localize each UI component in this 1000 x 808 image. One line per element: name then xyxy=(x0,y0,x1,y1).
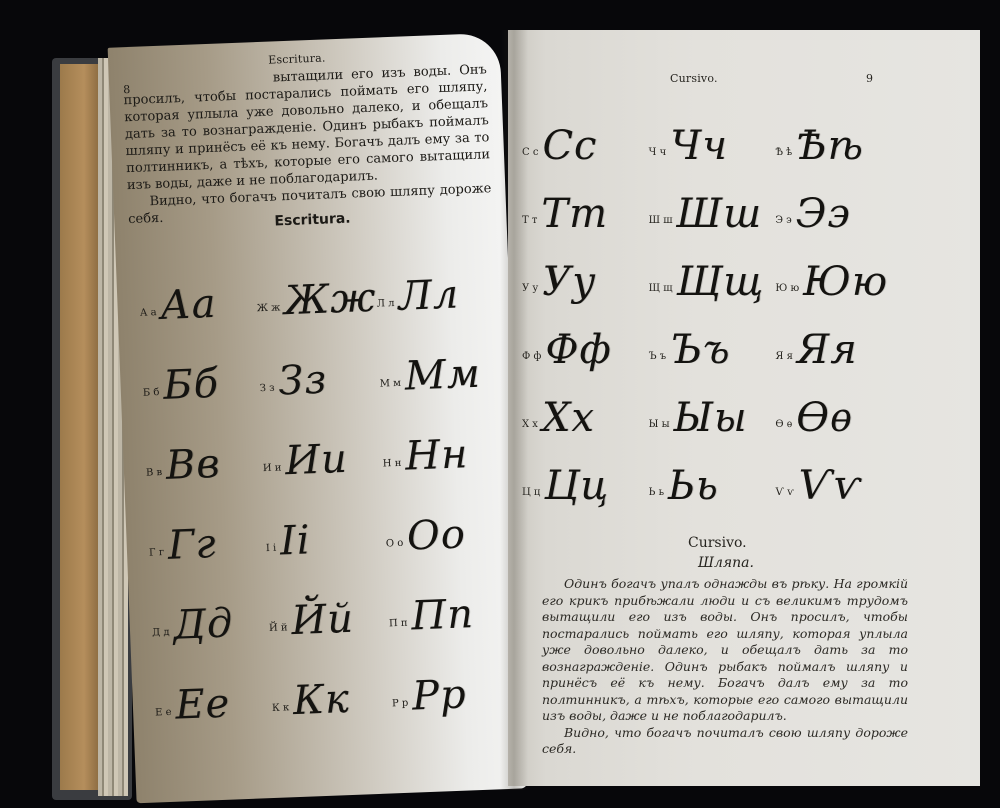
print-letter: О о xyxy=(386,538,404,550)
book-gutter xyxy=(500,30,528,790)
letter-pair: Ф фФф xyxy=(522,302,649,370)
letter-pair: О оОо xyxy=(383,473,503,557)
letter-pair: Ц цЦц xyxy=(522,438,649,506)
print-letter: Ж ж xyxy=(257,302,281,314)
letter-pair: Й йЙй xyxy=(266,557,389,642)
script-letter: Ъъ xyxy=(670,330,730,370)
letter-pair: Х хХх xyxy=(522,370,649,438)
script-letter: Лл xyxy=(398,275,460,317)
print-letter: Э э xyxy=(775,215,791,226)
script-letter: Тт xyxy=(541,194,608,234)
section-title-escritura: Escritura. xyxy=(274,211,351,230)
print-letter: В в xyxy=(146,467,163,479)
body-text-left: вытащили его изъ воды. Онъ просилъ, чтоб… xyxy=(123,61,493,228)
letter-pair: Ѣ ѣѢѣ xyxy=(775,98,902,166)
print-letter: Н н xyxy=(383,458,402,470)
left-page: Escritura. 8 вытащили его изъ воды. Онъ … xyxy=(108,33,529,803)
alphabet-grid-left: А аАа Ж жЖж Л лЛл Б бБб З зЗз М мМм В вВ… xyxy=(137,233,509,726)
print-letter: Ѵ ѵ xyxy=(775,487,794,498)
letter-pair: Щ щЩщ xyxy=(649,234,776,302)
script-letter: Оо xyxy=(406,514,466,556)
script-letter: Фф xyxy=(545,330,612,370)
print-letter: І і xyxy=(266,543,277,554)
letter-pair: Ж жЖж xyxy=(254,238,377,323)
script-letter: Мм xyxy=(404,354,482,397)
letter-pair: Д дДд xyxy=(150,562,270,646)
script-letter: Ее xyxy=(175,684,231,726)
letter-pair: Т тТт xyxy=(522,166,649,234)
script-letter: Ѣѣ xyxy=(796,126,864,166)
page-number-right: 9 xyxy=(866,72,873,85)
print-letter: Й й xyxy=(269,622,288,634)
letter-pair: Ю юЮю xyxy=(775,234,902,302)
letter-pair: З зЗз xyxy=(257,318,380,403)
running-head-right: Cursivo. xyxy=(670,72,718,85)
letter-pair: У уУу xyxy=(522,234,649,302)
print-letter: А а xyxy=(140,307,157,319)
letter-pair: Э эЭэ xyxy=(775,166,902,234)
print-letter: Г г xyxy=(149,547,164,559)
letter-pair: І іІі xyxy=(263,478,386,563)
script-letter: Сс xyxy=(542,126,597,166)
endpaper xyxy=(60,64,100,790)
letter-pair: Ѳ ѳѲѳ xyxy=(775,370,902,438)
script-letter: Іі xyxy=(279,520,311,561)
print-letter: Л л xyxy=(376,298,394,310)
running-head-left: Escritura. xyxy=(268,51,326,66)
print-letter: Ь ь xyxy=(649,487,664,498)
letter-pair: Ы ыЫы xyxy=(649,370,776,438)
letter-pair: И иИи xyxy=(260,398,383,483)
script-letter: Юю xyxy=(803,262,888,302)
print-letter: Я я xyxy=(775,351,793,362)
letter-pair: Л лЛл xyxy=(374,233,494,317)
print-letter: Ѣ ѣ xyxy=(775,147,792,158)
letter-pair: П пПп xyxy=(386,553,506,637)
script-letter: Чч xyxy=(670,126,728,166)
letter-pair: Я яЯя xyxy=(775,302,902,370)
print-letter: Ы ы xyxy=(649,419,670,430)
script-letter: Жж xyxy=(283,278,377,322)
letter-pair: Ь ьЬь xyxy=(649,438,776,506)
script-letter: Аа xyxy=(160,284,218,326)
script-letter: Вв xyxy=(165,444,221,486)
script-letter: Уу xyxy=(542,262,596,302)
print-letter: Е е xyxy=(155,707,172,719)
letter-pair: К кКк xyxy=(270,637,393,722)
paragraph: вытащили его изъ воды. Онъ просилъ, чтоб… xyxy=(123,61,491,194)
alphabet-grid-right: С сСс Ч чЧч Ѣ ѣѢѣ Т тТт Ш шШш Э эЭэ У уУ… xyxy=(522,98,902,518)
print-letter: Ш ш xyxy=(649,215,673,226)
story-text: Одинъ богачъ упалъ однажды въ рѣку. На г… xyxy=(542,576,908,758)
script-letter: Кк xyxy=(292,679,350,721)
script-letter: Гг xyxy=(167,524,217,566)
letter-pair: Р рРр xyxy=(389,633,509,717)
script-letter: Зз xyxy=(278,360,328,402)
letter-pair: Н нНн xyxy=(380,393,500,477)
script-letter: Ѵѵ xyxy=(798,466,862,506)
print-letter: Щ щ xyxy=(649,283,673,294)
script-letter: Ээ xyxy=(796,194,851,234)
print-letter: Ѳ ѳ xyxy=(775,419,792,430)
script-letter: Бб xyxy=(162,364,219,406)
section-title-cursivo: Cursivo. xyxy=(688,535,747,551)
script-letter: Яя xyxy=(797,330,858,370)
print-letter: К к xyxy=(272,702,290,714)
letter-pair: М мМм xyxy=(377,313,497,397)
script-letter: Ьь xyxy=(668,466,719,506)
print-letter: П п xyxy=(389,618,408,630)
right-page: Cursivo. 9 С сСс Ч чЧч Ѣ ѣѢѣ Т тТт Ш шШш… xyxy=(508,30,980,786)
print-letter: З з xyxy=(260,383,275,395)
print-letter: Ъ ъ xyxy=(649,351,667,362)
letter-pair: Ч чЧч xyxy=(649,98,776,166)
print-letter: М м xyxy=(380,378,402,390)
letter-pair: Ш шШш xyxy=(649,166,776,234)
script-letter: Хх xyxy=(542,398,595,438)
letter-pair: В вВв xyxy=(143,402,263,486)
script-letter: Шш xyxy=(677,194,763,234)
print-letter: Д д xyxy=(152,627,170,639)
script-letter: Нн xyxy=(404,434,469,476)
script-letter: Йй xyxy=(291,599,355,641)
script-letter: Пп xyxy=(411,594,475,636)
print-letter: Ч ч xyxy=(649,147,667,158)
print-letter: Р р xyxy=(392,698,409,710)
letter-pair: Б бБб xyxy=(140,322,260,406)
script-letter: Ѳѳ xyxy=(796,398,853,438)
letter-pair: Г гГг xyxy=(147,482,267,566)
script-letter: Цц xyxy=(544,466,609,506)
letter-pair: Ъ ъЪъ xyxy=(649,302,776,370)
letter-pair: Е еЕе xyxy=(153,642,273,726)
print-letter: Б б xyxy=(143,387,160,399)
paragraph: Видно, что богачъ почиталъ свою шляпу до… xyxy=(542,725,908,758)
letter-pair: Ѵ ѵѴѵ xyxy=(775,438,902,506)
print-letter: И и xyxy=(263,462,282,474)
script-letter: Щщ xyxy=(677,262,765,302)
print-letter: Ю ю xyxy=(775,283,799,294)
paragraph: Одинъ богачъ упалъ однажды въ рѣку. На г… xyxy=(542,576,908,725)
script-letter: Ии xyxy=(284,439,348,481)
letter-pair: А аАа xyxy=(137,242,257,326)
script-letter: Ыы xyxy=(674,398,748,438)
script-letter: Дд xyxy=(173,603,234,645)
letter-pair: С сСс xyxy=(522,98,649,166)
story-title: Шляпа. xyxy=(698,555,754,571)
script-letter: Рр xyxy=(411,675,467,717)
